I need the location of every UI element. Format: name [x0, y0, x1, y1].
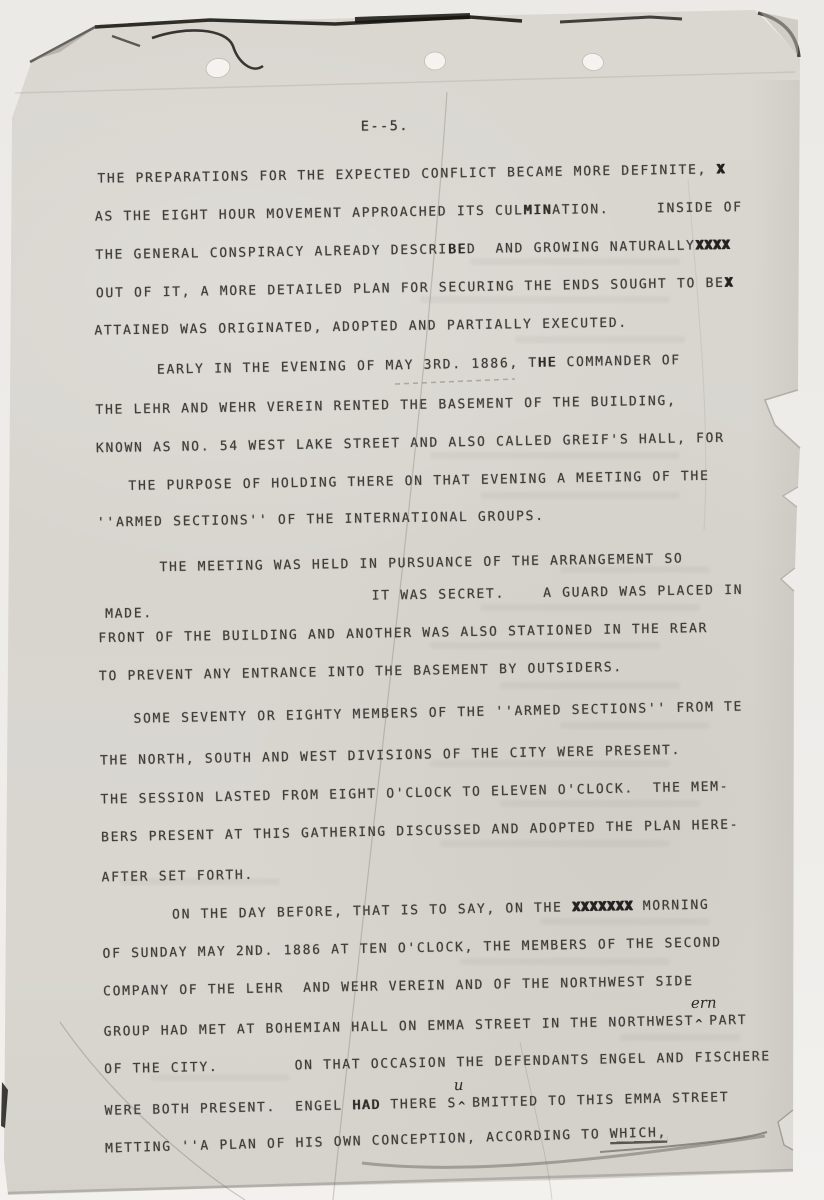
typed-line: METTING ''A PLAN OF HIS OWN CONCEPTION, … [105, 1125, 667, 1156]
typed-line: AS THE EIGHT HOUR MOVEMENT APPROACHED IT… [95, 200, 743, 225]
handwritten-insertion: ern^ [694, 1012, 709, 1025]
typed-line: WERE BOTH PRESENT. ENGEL HAD THERE Su^BM… [104, 1088, 729, 1119]
bleed-through-smudge [620, 1034, 740, 1041]
bleed-through-smudge [430, 642, 660, 649]
typed-line: TO PREVENT ANY ENTRANCE INTO THE BASEMEN… [99, 660, 623, 684]
scanned-document-background: E--5. THE PREPARATIONS FOR THE EXPECTED … [0, 0, 824, 1200]
typed-line: THE PURPOSE OF HOLDING THERE ON THAT EVE… [128, 469, 709, 494]
bleed-through-smudge [150, 1074, 290, 1081]
bleed-through-smudge [440, 840, 670, 847]
bleed-through-smudge [560, 566, 710, 573]
bleed-through-smudge [480, 492, 680, 499]
page-number: E--5. [361, 118, 409, 135]
typed-text-layer: E--5. THE PREPARATIONS FOR THE EXPECTED … [0, 0, 824, 1200]
bleed-through-smudge [540, 918, 710, 925]
bleed-through-smudge [120, 878, 280, 885]
bleed-through-smudge [430, 760, 670, 767]
typed-line: THE PREPARATIONS FOR THE EXPECTED CONFLI… [97, 162, 725, 186]
bleed-through-smudge [420, 296, 670, 303]
bleed-through-smudge [430, 452, 680, 459]
bleed-through-smudge [500, 682, 680, 689]
typed-line: OF THE CITY. ON THAT OCCASION THE DEFEND… [104, 1049, 771, 1077]
bleed-through-smudge [480, 604, 700, 611]
bleed-through-smudge [560, 722, 710, 729]
typed-line: THE LEHR AND WEHR VEREIN RENTED THE BASE… [95, 394, 676, 418]
typed-line: EARLY IN THE EVENING OF MAY 3RD. 1886, T… [157, 353, 681, 378]
typed-line: ''ARMED SECTIONS'' OF THE INTERNATIONAL … [97, 509, 545, 531]
bleed-through-smudge [500, 800, 700, 807]
handwritten-insertion: u^ [457, 1094, 472, 1107]
bleed-through-smudge [460, 958, 670, 965]
bleed-through-smudge [515, 336, 685, 343]
typed-line: COMPANY OF THE LEHR AND WEHR VEREIN AND … [103, 974, 694, 999]
bleed-through-smudge [470, 258, 680, 265]
